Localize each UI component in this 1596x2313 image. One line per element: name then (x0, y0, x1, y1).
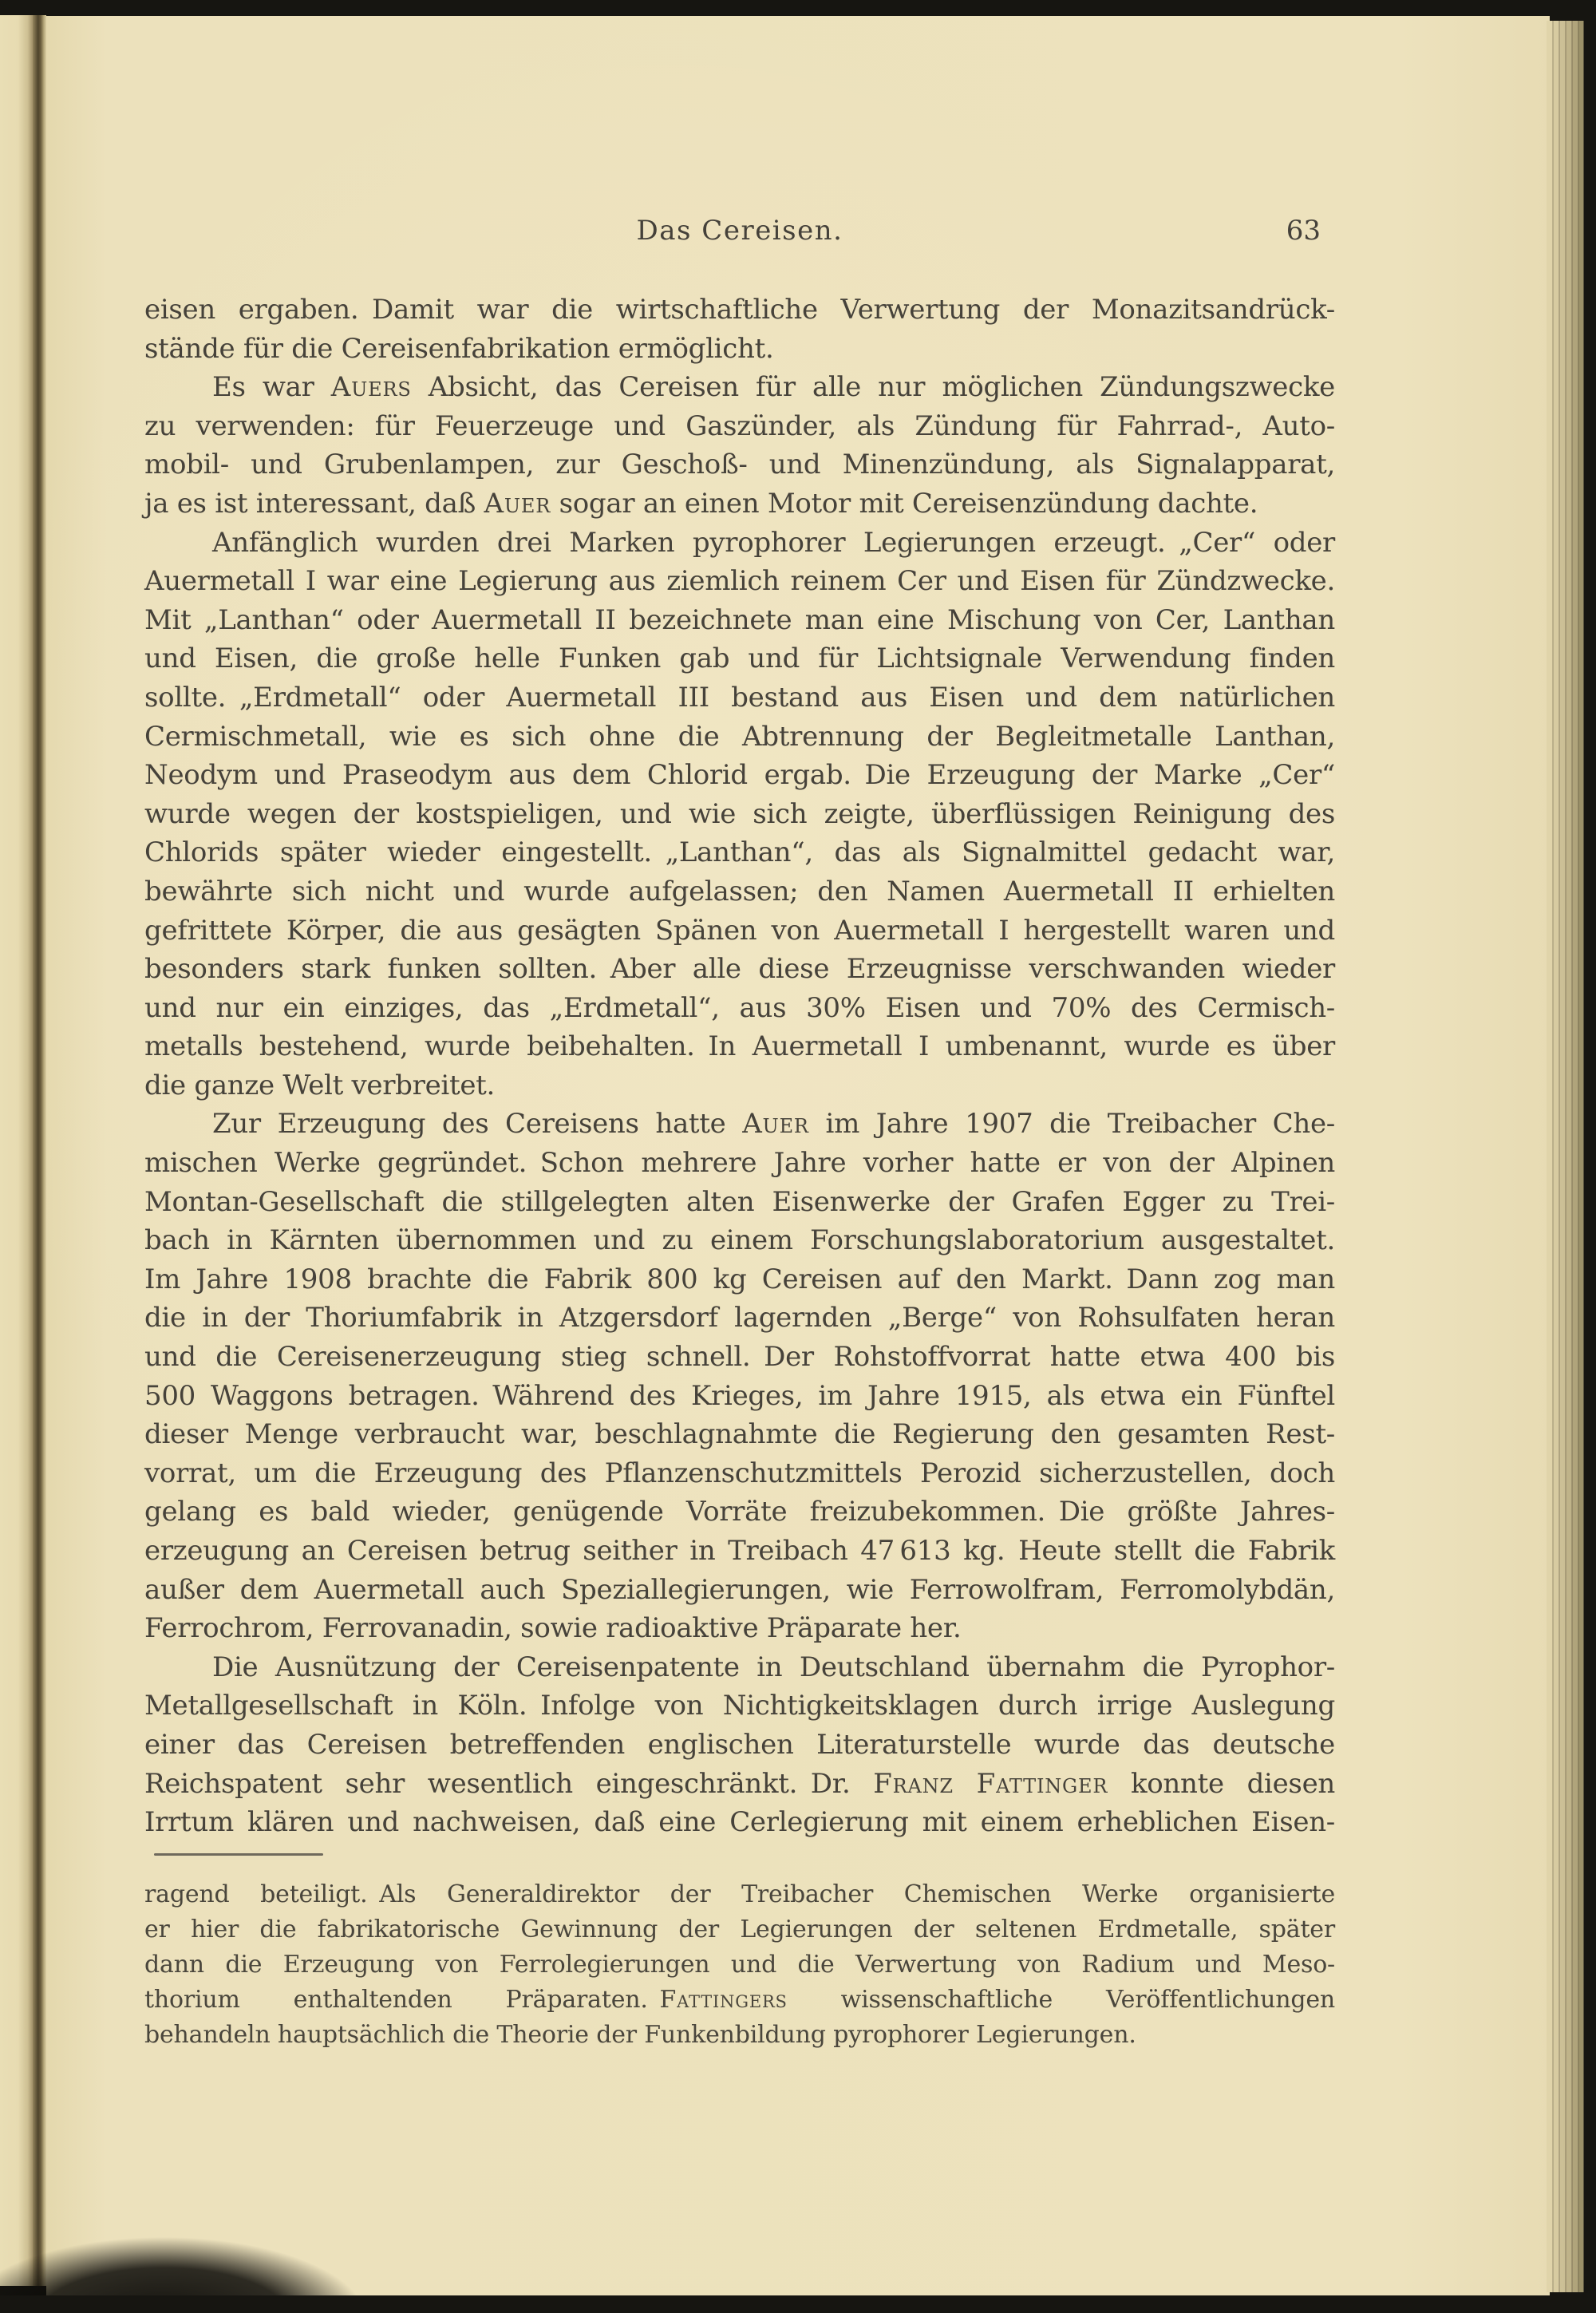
running-head: Das Cereisen. 63 (144, 212, 1335, 249)
smallcaps-name: Fattinger (977, 1768, 1108, 1800)
text-line: Montan-Gesellschaft die stillgelegten al… (144, 1183, 1335, 1222)
text-line: und Eisen, die große helle Funken gab un… (144, 639, 1335, 678)
text-line: sollte. „Erdmetall“ oder Auermetall III … (144, 678, 1335, 718)
page-number: 63 (1286, 212, 1321, 249)
text-line: dann die Erzeugung von Ferrolegierungen … (144, 1947, 1335, 1983)
text-line: eisen ergaben. Damit war die wirtschaftl… (144, 291, 1335, 330)
text-line: ja es ist interessant, daß Auer sogar an… (144, 484, 1335, 524)
text-line: thorium enthaltenden Präparaten. Fatting… (144, 1983, 1335, 2018)
scanned-book-spread: { "page": { "header": { "title": "Das Ce… (0, 0, 1596, 2313)
scan-background-top (0, 0, 1596, 15)
text-line: besonders stark funken sollten. Aber all… (144, 950, 1335, 989)
text-line: behandeln hauptsächlich die Theorie der … (144, 2018, 1335, 2053)
text-line: die ganze Welt verbreitet. (144, 1066, 1335, 1105)
text-line: dieser Menge verbraucht war, beschlagnah… (144, 1415, 1335, 1454)
text-line: metalls bestehend, wurde beibehalten. In… (144, 1027, 1335, 1066)
text-line: Mit „Lanthan“ oder Auermetall II bezeich… (144, 601, 1335, 640)
text-line: bach in Kärnten übernommen und zu einem … (144, 1221, 1335, 1260)
smallcaps-name: Auer (742, 1108, 809, 1140)
smallcaps-name: Auers (331, 371, 412, 403)
text-line: Zur Erzeugung des Cereisens hatte Auer i… (144, 1105, 1335, 1144)
text-line: vorrat, um die Erzeugung des Pflanzensch… (144, 1454, 1335, 1493)
text-line: die in der Thoriumfabrik in Atzgersdorf … (144, 1299, 1335, 1338)
text-line: gefrittete Körper, die aus gesägten Spän… (144, 911, 1335, 951)
text-line: Auermetall I war eine Legierung aus ziem… (144, 562, 1335, 601)
text-line: erzeugung an Cereisen betrug seither in … (144, 1532, 1335, 1571)
text-line: 500 Waggons betragen. Während des Kriege… (144, 1377, 1335, 1416)
text-line: Im Jahre 1908 brachte die Fabrik 800 kg … (144, 1260, 1335, 1299)
scan-background-bottom (0, 2295, 1596, 2313)
text-line: er hier die fabrikatorische Gewinnung de… (144, 1912, 1335, 1947)
text-line: außer dem Auermetall auch Speziallegieru… (144, 1571, 1335, 1610)
text-line: Neodym und Praseodym aus dem Chlorid erg… (144, 756, 1335, 795)
text-line: Irrtum klären und nachweisen, daß eine C… (144, 1803, 1335, 1842)
smallcaps-name: Auer (484, 488, 551, 520)
text-line: mischen Werke gegründet. Schon mehrere J… (144, 1144, 1335, 1183)
text-line: stände für die Cereisenfabrikation ermög… (144, 330, 1335, 369)
smallcaps-name: Fattingers (660, 1986, 788, 2014)
text-line: mobil- und Grubenlampen, zur Geschoß- un… (144, 445, 1335, 484)
smallcaps-name: Franz (873, 1768, 954, 1800)
body-text: eisen ergaben. Damit war die wirtschaftl… (144, 291, 1335, 1842)
text-line: ragend beteiligt. Als Generaldirektor de… (144, 1877, 1335, 1912)
text-line: Reichspatent sehr wesentlich eingeschrän… (144, 1765, 1335, 1804)
binding-gutter (33, 13, 46, 2286)
text-line: und nur ein einziges, das „Erdmetall“, a… (144, 989, 1335, 1028)
text-line: wurde wegen der kostspieligen, und wie s… (144, 795, 1335, 834)
text-line: Chlorids später wieder eingestellt. „Lan… (144, 833, 1335, 872)
footnote-text: ragend beteiligt. Als Generaldirektor de… (144, 1877, 1335, 2053)
text-line: Ferrochrom, Ferrovanadin, sowie radioakt… (144, 1609, 1335, 1648)
text-line: Die Ausnützung der Cereisenpatente in De… (144, 1648, 1335, 1687)
text-line: Es war Auers Absicht, das Cereisen für a… (144, 368, 1335, 407)
text-line: zu verwenden: für Feuerzeuge und Gaszünd… (144, 407, 1335, 446)
text-line: und die Cereisenerzeugung stieg schnell.… (144, 1338, 1335, 1377)
footnote-separator-rule (154, 1853, 323, 1856)
text-line: Metallgesellschaft in Köln. Infolge von … (144, 1686, 1335, 1726)
text-line: gelang es bald wieder, genügende Vorräte… (144, 1493, 1335, 1532)
text-line: Anfänglich wurden drei Marken pyrophorer… (144, 524, 1335, 563)
page-edge-stack (1547, 21, 1588, 2292)
text-line: bewährte sich nicht und wurde aufgelasse… (144, 872, 1335, 911)
text-line: Cermischmetall, wie es sich ohne die Abt… (144, 718, 1335, 757)
chapter-title: Das Cereisen. (144, 212, 1335, 249)
text-line: einer das Cereisen betreffenden englisch… (144, 1726, 1335, 1765)
facing-page-edge (0, 13, 33, 2286)
